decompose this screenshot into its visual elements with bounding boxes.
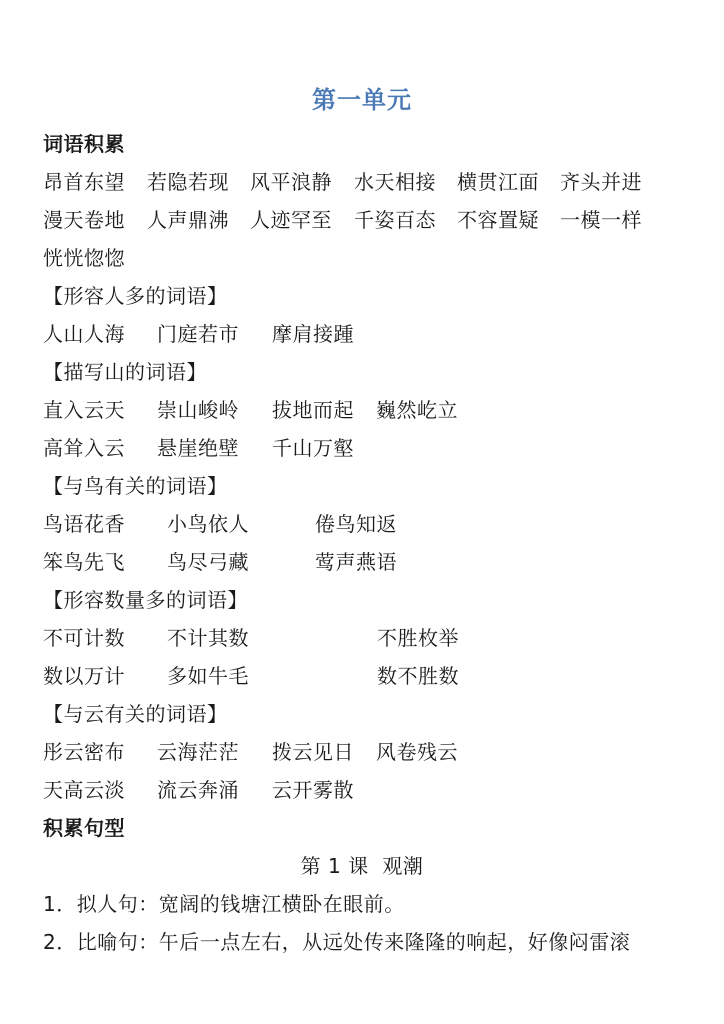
word: 千山万壑 — [272, 435, 354, 461]
word: 多如牛毛 — [167, 663, 249, 689]
group-row: 笨鸟先飞 鸟尽弓藏 莺声燕语 — [43, 549, 703, 575]
word: 横贯江面 — [457, 169, 539, 195]
word: 一模一样 — [560, 207, 642, 233]
word: 鸟尽弓藏 — [167, 549, 249, 575]
word: 流云奔涌 — [157, 777, 239, 803]
word: 若隐若现 — [147, 169, 229, 195]
word: 直入云天 — [43, 397, 125, 423]
group-row: 彤云密布 云海茫茫 拨云见日 风卷残云 — [43, 739, 703, 765]
word: 鸟语花香 — [43, 511, 125, 537]
word: 人声鼎沸 — [147, 207, 229, 233]
word: 不可计数 — [43, 625, 125, 651]
word: 齐头并进 — [560, 169, 642, 195]
word: 数以万计 — [43, 663, 125, 689]
word: 昂首东望 — [43, 169, 125, 195]
group-label-quantity: 【形容数量多的词语】 — [43, 587, 248, 613]
word: 悬崖绝壁 — [157, 435, 239, 461]
word: 巍然屹立 — [376, 397, 458, 423]
word: 不容置疑 — [457, 207, 539, 233]
word: 人山人海 — [43, 321, 125, 347]
vocab-row-2: 漫天卷地 人声鼎沸 人迹罕至 千姿百态 不容置疑 一模一样 — [43, 207, 703, 233]
sentence-item: 2．比喻句：午后一点左右，从远处传来隆隆的响起，好像闷雷滚 — [43, 929, 630, 955]
group-label-crowd: 【形容人多的词语】 — [43, 283, 228, 309]
group-row: 直入云天 崇山峻岭 拔地而起 巍然屹立 — [43, 397, 703, 423]
group-row: 高耸入云 悬崖绝壁 千山万壑 — [43, 435, 703, 461]
word: 笨鸟先飞 — [43, 549, 125, 575]
word: 倦鸟知返 — [315, 511, 397, 537]
word: 水天相接 — [354, 169, 436, 195]
sentence-item: 1．拟人句：宽阔的钱塘江横卧在眼前。 — [43, 891, 405, 917]
word: 天高云淡 — [43, 777, 125, 803]
unit-title: 第一单元 — [0, 80, 724, 115]
section-heading-sentences: 积累句型 — [43, 815, 125, 841]
group-row: 鸟语花香 小鸟依人 倦鸟知返 — [43, 511, 703, 537]
word: 彤云密布 — [43, 739, 125, 765]
word: 莺声燕语 — [315, 549, 397, 575]
group-row: 人山人海 门庭若市 摩肩接踵 — [43, 321, 703, 347]
word: 千姿百态 — [354, 207, 436, 233]
vocab-row-3: 恍恍惚惚 — [43, 245, 125, 271]
group-label-mountain: 【描写山的词语】 — [43, 359, 207, 385]
word: 风平浪静 — [250, 169, 332, 195]
lesson-title: 第 1 课 观潮 — [0, 853, 724, 879]
word: 崇山峻岭 — [157, 397, 239, 423]
group-label-cloud: 【与云有关的词语】 — [43, 701, 228, 727]
section-heading-vocabulary: 词语积累 — [43, 131, 125, 157]
word: 小鸟依人 — [167, 511, 249, 537]
word: 拨云见日 — [272, 739, 354, 765]
word: 高耸入云 — [43, 435, 125, 461]
word: 拔地而起 — [272, 397, 354, 423]
word: 漫天卷地 — [43, 207, 125, 233]
word: 门庭若市 — [157, 321, 239, 347]
word: 人迹罕至 — [250, 207, 332, 233]
group-row: 不可计数 不计其数 不胜枚举 — [43, 625, 703, 651]
word: 不计其数 — [167, 625, 249, 651]
word: 数不胜数 — [377, 663, 459, 689]
word: 云开雾散 — [272, 777, 354, 803]
group-label-bird: 【与鸟有关的词语】 — [43, 473, 228, 499]
vocab-row-1: 昂首东望 若隐若现 风平浪静 水天相接 横贯江面 齐头并进 — [43, 169, 703, 195]
word: 摩肩接踵 — [272, 321, 354, 347]
group-row: 数以万计 多如牛毛 数不胜数 — [43, 663, 703, 689]
group-row: 天高云淡 流云奔涌 云开雾散 — [43, 777, 703, 803]
word: 云海茫茫 — [157, 739, 239, 765]
word: 不胜枚举 — [377, 625, 459, 651]
word: 风卷残云 — [376, 739, 458, 765]
